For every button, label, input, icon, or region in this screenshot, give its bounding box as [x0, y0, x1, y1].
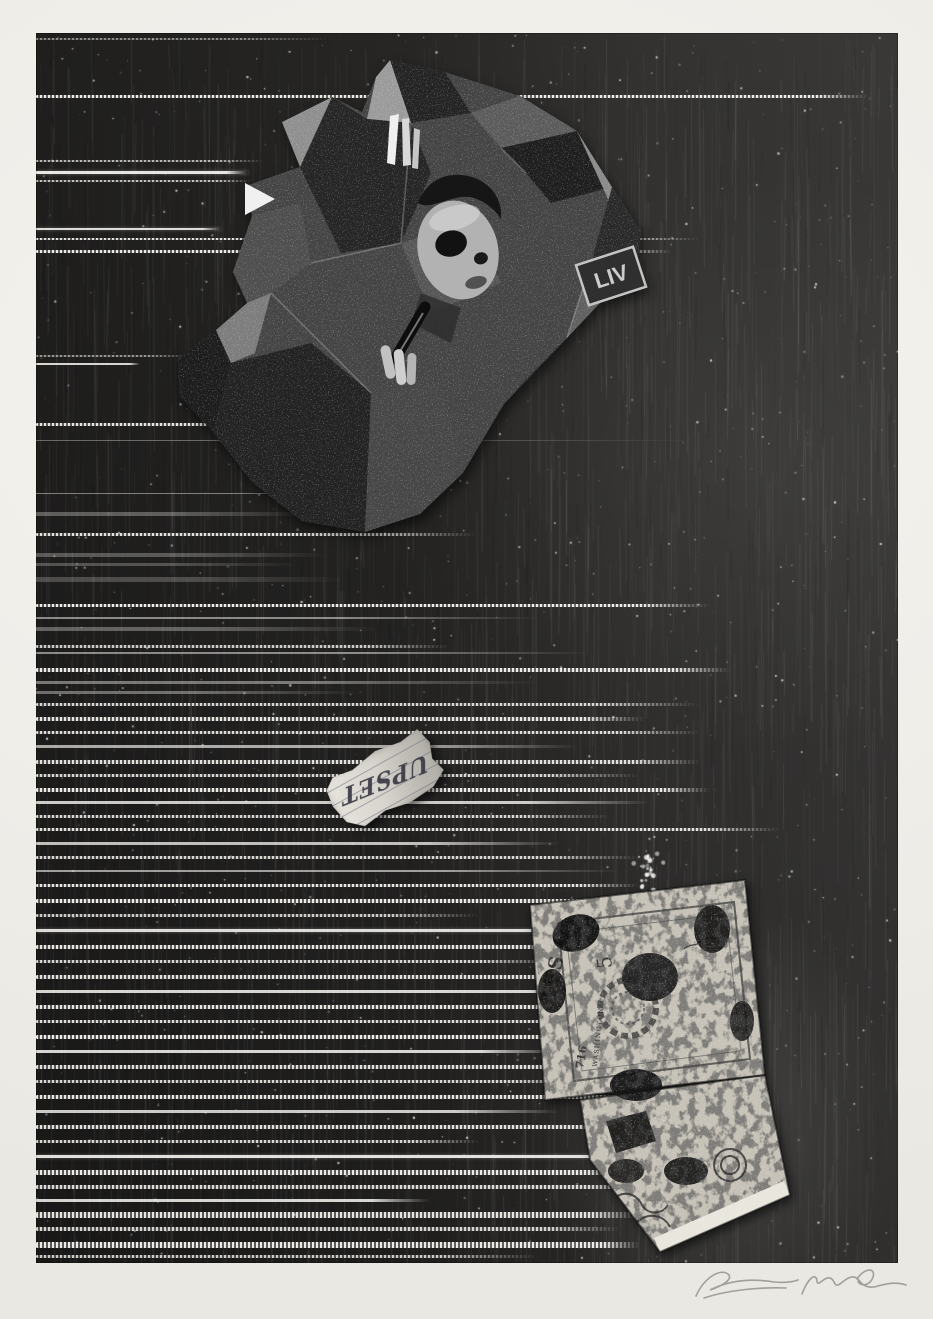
- streak-line: [36, 703, 700, 706]
- streak-line: [36, 1199, 430, 1202]
- streak-line: [36, 745, 580, 748]
- streak-line: [36, 577, 345, 582]
- streak-line: [36, 731, 700, 734]
- streak-line: [36, 717, 645, 721]
- artwork-panel: LIV 5: [36, 33, 898, 1263]
- streak-line: [36, 617, 540, 619]
- streak-line: [36, 38, 330, 40]
- streak-line: [36, 842, 560, 845]
- artist-signature-left: [696, 1272, 798, 1298]
- streak-line: [36, 1255, 540, 1258]
- streak-line: [36, 604, 710, 607]
- pencil-signatures: [652, 1262, 912, 1314]
- streak-line: [36, 914, 480, 917]
- streak-line: [36, 668, 730, 672]
- streak-line: [36, 828, 780, 831]
- print-paper: LIV 5: [0, 0, 933, 1319]
- streak-line: [36, 363, 140, 365]
- streak-line: [36, 627, 380, 631]
- streak-line: [36, 645, 450, 648]
- streak-line: [36, 652, 590, 654]
- artist-signature-right: [802, 1270, 906, 1294]
- streak-line: [36, 856, 640, 859]
- streak-line: [36, 691, 360, 694]
- streak-line: [36, 1110, 560, 1113]
- streak-line: [36, 960, 560, 963]
- streak-line: [36, 815, 610, 818]
- streak-line: [36, 681, 540, 684]
- streak-line: [36, 563, 300, 566]
- streak-line: [36, 1050, 560, 1053]
- crumpled-photo-collage: LIV: [171, 53, 676, 548]
- streak-line: [36, 553, 330, 557]
- crumpled-dollar-bill: 5 WASHINGTON 716 TES O: [516, 871, 796, 1263]
- streak-line: [36, 1140, 480, 1143]
